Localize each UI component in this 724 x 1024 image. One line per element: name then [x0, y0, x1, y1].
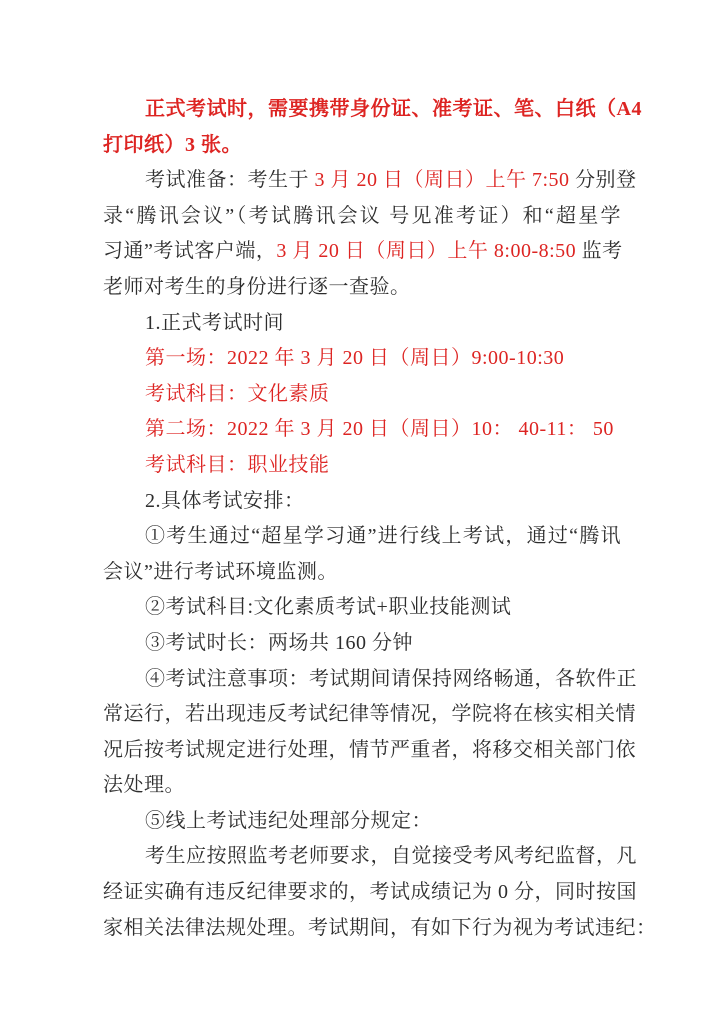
- discipline-line-2: 经证实确有违反纪律要求的，考试成绩记为 0 分，同时按国: [103, 875, 621, 911]
- exam-prep-line-3: 习通”考试客户端，3 月 20 日（周日）上午 8:00-8:50 监考: [103, 234, 621, 270]
- exam-notice-body: 正式考试时，需要携带身份证、准考证、笔、白纸（A4 打印纸）3 张。 考试准备：…: [103, 92, 621, 946]
- discipline-line-3: 家相关法律法规处理。考试期间，有如下行为视为考试违纪：: [103, 911, 621, 947]
- item-1-line-2: 会议”进行考试环境监测。: [103, 555, 621, 591]
- item-1-line-1: ①考生通过“超星学习通”进行线上考试，通过“腾讯: [103, 519, 621, 555]
- text-run: ①考生通过“超星学习通”进行线上考试，通过“腾讯: [145, 525, 621, 547]
- session-2-subject: 考试科目：职业技能: [103, 448, 621, 484]
- text-run: ③考试时长：两场共 160 分钟: [145, 632, 413, 654]
- text-run: 录“腾讯会议”（考试腾讯会议 号见准考证）和“超星学: [103, 205, 621, 227]
- section-1-heading: 1.正式考试时间: [103, 306, 621, 342]
- session-2-time: 第二场：2022 年 3 月 20 日（周日）10： 40-11： 50: [103, 412, 621, 448]
- exam-prep-line-4: 老师对考生的身份进行逐一查验。: [103, 270, 621, 306]
- text-run: 经证实确有违反纪律要求的，考试成绩记为 0 分，同时按国: [103, 881, 637, 903]
- item-4-line-3: 况后按考试规定进行处理，情节严重者，将移交相关部门依: [103, 733, 621, 769]
- section-2-heading: 2.具体考试安排：: [103, 484, 621, 520]
- exam-prep-line-1: 考试准备：考生于 3 月 20 日（周日）上午 7:50 分别登: [103, 163, 621, 199]
- text-run: 法处理。: [103, 774, 185, 796]
- exam-prep-line-2: 录“腾讯会议”（考试腾讯会议 号见准考证）和“超星学: [103, 199, 621, 235]
- text-run: 考试准备：考生于: [145, 169, 315, 191]
- text-run: ④考试注意事项：考试期间请保持网络畅通，各软件正: [145, 668, 637, 690]
- session-1-time: 第一场：2022 年 3 月 20 日（周日）9:00-10:30: [103, 341, 621, 377]
- session-1-subject: 考试科目：文化素质: [103, 377, 621, 413]
- item-4-line-1: ④考试注意事项：考试期间请保持网络畅通，各软件正: [103, 662, 621, 698]
- text-run-highlight: 考试科目：文化素质: [145, 383, 330, 405]
- text-run: 2.具体考试安排：: [145, 490, 305, 512]
- item-4-line-4: 法处理。: [103, 768, 621, 804]
- item-2-subjects: ②考试科目:文化素质考试+职业技能测试: [103, 590, 621, 626]
- text-run-highlight: 3 月 20 日（周日）上午 8:00-8:50: [276, 240, 581, 262]
- text-run: 监考: [582, 240, 623, 262]
- text-run: ②考试科目:文化素质考试+职业技能测试: [145, 596, 511, 618]
- text-run: 会议”进行考试环境监测。: [103, 561, 338, 583]
- item-3-duration: ③考试时长：两场共 160 分钟: [103, 626, 621, 662]
- text-run: 打印纸）3 张。: [103, 134, 242, 156]
- text-run: 常运行，若出现违反考试纪律等情况，学院将在核实相关情: [103, 703, 636, 725]
- document-page: 正式考试时，需要携带身份证、准考证、笔、白纸（A4 打印纸）3 张。 考试准备：…: [0, 0, 724, 1024]
- text-run-highlight: 考试科目：职业技能: [145, 454, 330, 476]
- text-run: 老师对考生的身份进行逐一查验。: [103, 276, 411, 298]
- text-run-highlight: 第一场：2022 年 3 月 20 日（周日）9:00-10:30: [145, 347, 564, 369]
- text-run-highlight: 3 月 20 日（周日）上午 7:50: [315, 169, 576, 191]
- text-run: 况后按考试规定进行处理，情节严重者，将移交相关部门依: [103, 739, 636, 761]
- text-run: 考生应按照监考老师要求，自觉接受考风考纪监督，凡: [145, 845, 637, 867]
- text-run: 习通”考试客户端，: [103, 240, 276, 262]
- text-run: ⑤线上考试违纪处理部分规定：: [145, 810, 432, 832]
- notice-materials-line-1: 正式考试时，需要携带身份证、准考证、笔、白纸（A4: [103, 92, 621, 128]
- text-run: 正式考试时，需要携带身份证、准考证、笔、白纸（A4: [145, 98, 642, 120]
- text-run: 1.正式考试时间: [145, 312, 284, 334]
- text-run: 家相关法律法规处理。考试期间，有如下行为视为考试违纪：: [103, 917, 657, 939]
- text-run: 分别登: [575, 169, 637, 191]
- discipline-line-1: 考生应按照监考老师要求，自觉接受考风考纪监督，凡: [103, 839, 621, 875]
- notice-materials-line-2: 打印纸）3 张。: [103, 128, 621, 164]
- item-5-heading: ⑤线上考试违纪处理部分规定：: [103, 804, 621, 840]
- text-run-highlight: 第二场：2022 年 3 月 20 日（周日）10： 40-11： 50: [145, 418, 614, 440]
- item-4-line-2: 常运行，若出现违反考试纪律等情况，学院将在核实相关情: [103, 697, 621, 733]
